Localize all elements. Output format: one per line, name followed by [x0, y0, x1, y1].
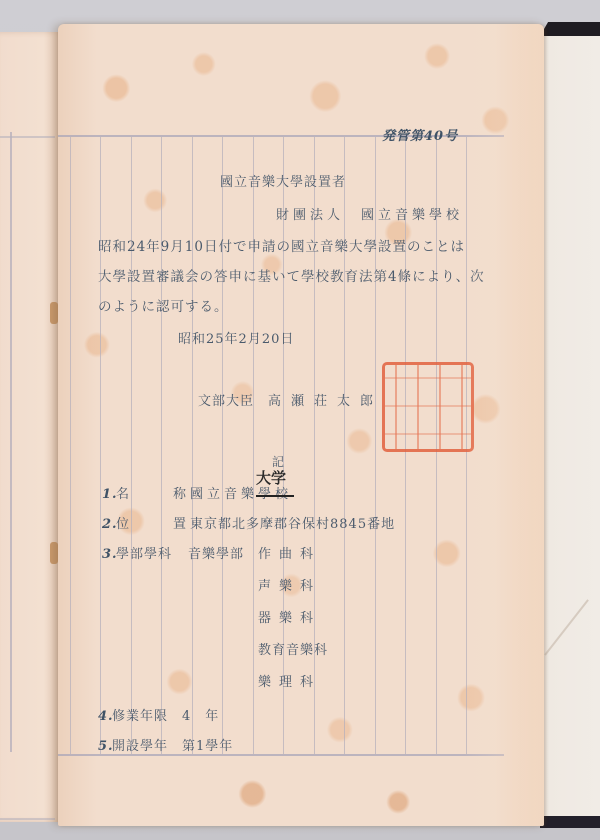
issue-date: 昭和25年2月20日	[178, 333, 294, 346]
left-page	[0, 32, 62, 822]
item-value: 4 年	[182, 710, 219, 723]
item-value: 國立音樂學校	[190, 488, 292, 501]
paper-tear	[50, 542, 58, 564]
ruled-line	[70, 137, 71, 754]
ruled-line	[0, 818, 55, 820]
crease	[544, 599, 589, 655]
applicant: 財團法人 國立音樂學校	[276, 209, 463, 222]
signatory-title: 文部大臣	[198, 395, 254, 408]
item-value: 音樂學部	[188, 548, 244, 561]
ruled-line	[222, 137, 223, 754]
ruled-line	[58, 754, 504, 756]
body-line-3: のように認可する。	[98, 301, 229, 315]
ruled-line	[375, 137, 376, 754]
department: 器樂科	[258, 612, 321, 625]
item-value: 第1學年	[182, 740, 233, 753]
department: 声樂科	[258, 580, 321, 593]
ruled-line	[161, 137, 162, 754]
ruled-line	[192, 137, 193, 754]
ruled-line	[131, 137, 132, 754]
page-fade	[464, 24, 544, 826]
signatory-name: 高瀬荘太郎	[268, 395, 383, 408]
ruled-line	[344, 137, 345, 754]
body-line-1: 昭和24年9月10日付で申請の國立音樂大學設置のことは	[98, 241, 465, 255]
ruled-line	[100, 137, 101, 754]
item-label: 名 称	[116, 488, 192, 501]
book-cover-edge	[540, 22, 600, 36]
ruled-line	[253, 137, 254, 754]
addressee: 國立音樂大學設置者	[220, 176, 346, 189]
item-label: 修業年限	[112, 710, 168, 723]
body-line-2: 大學設置審議会の答申に基いて學校教育法第4條により、次	[98, 271, 485, 285]
ruled-line	[314, 137, 315, 754]
item-label: 開設學年	[112, 740, 168, 753]
item-value-text: 國立音樂	[190, 487, 258, 502]
item-value: 東京都北多摩郡谷保村8845番地	[190, 518, 395, 531]
item-label: 位 置	[116, 518, 192, 531]
item-label: 學部學科	[116, 548, 172, 561]
book-cover-edge	[540, 816, 600, 828]
official-seal: official-seal	[382, 362, 474, 452]
paper-tear	[50, 302, 58, 324]
ruled-line	[0, 136, 55, 138]
endpaper	[535, 34, 600, 818]
struck-text: 學校	[258, 488, 292, 501]
department: 教育音樂科	[258, 644, 328, 657]
ruled-line	[283, 137, 284, 754]
reference-number: 発管第40号	[382, 130, 458, 143]
handwritten-correction: 大学	[256, 467, 286, 488]
ruled-line	[10, 132, 12, 752]
document-page: 発管第40号 國立音樂大學設置者 財團法人 國立音樂學校 昭和24年9月10日付…	[58, 24, 544, 826]
department: 樂理科	[258, 676, 321, 689]
department: 作曲科	[258, 548, 321, 561]
